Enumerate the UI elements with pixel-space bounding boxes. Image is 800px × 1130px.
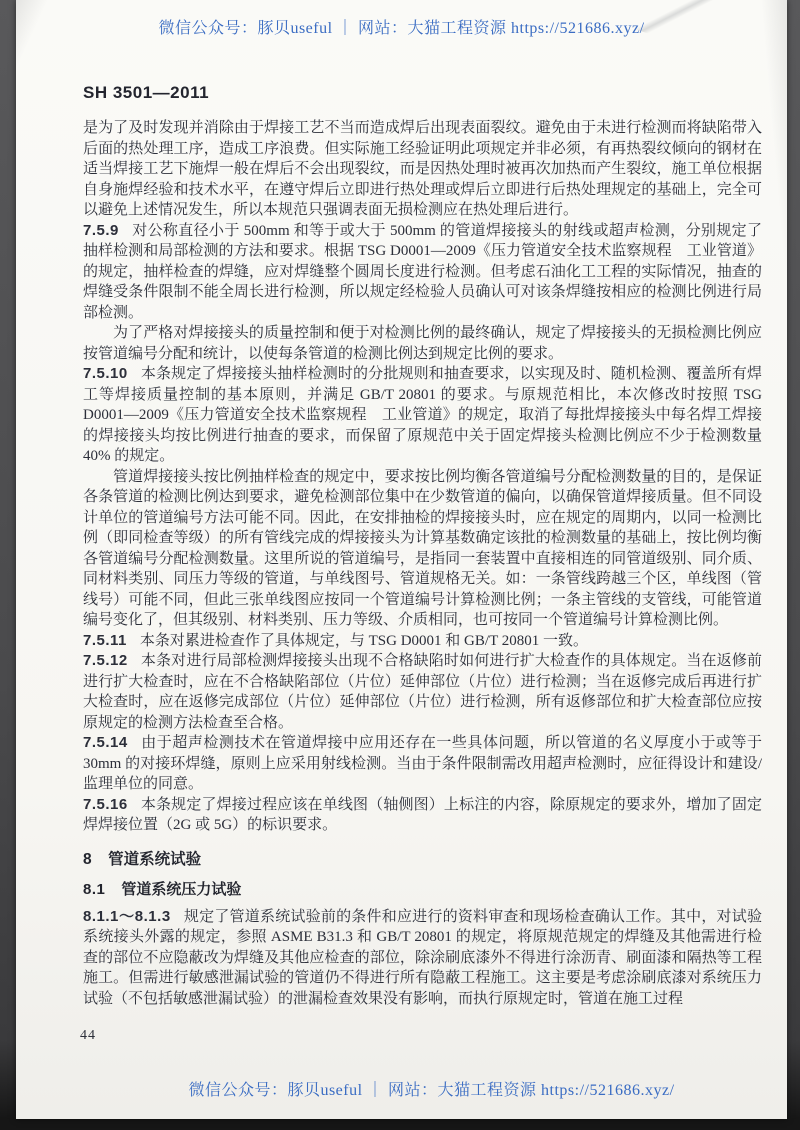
section-number: 8.1	[83, 881, 105, 898]
clause-7-5-16-paragraph: 7.5.16本条规定了焊接过程应该在单线图（轴侧图）上标注的内容，除原规定的要求…	[83, 795, 762, 836]
paper-page: 微信公众号：豚贝useful ｜ 网站：大猫工程资源 https://52168…	[16, 0, 787, 1119]
clause-number: 7.5.10	[83, 365, 128, 382]
clause-7-5-10-paragraph: 7.5.10本条规定了焊接接头抽样检测时的分批规则和抽查要求，以实现及时、随机检…	[83, 364, 762, 467]
clause-number: 7.5.16	[83, 796, 128, 813]
watermark-bottom: 微信公众号：豚贝useful ｜ 网站：大猫工程资源 https://52168…	[16, 1077, 787, 1100]
note-paragraph: 管道焊接接头按比例抽样检查的规定中，要求按比例均衡各管道编号分配检测数量的目的，…	[83, 467, 762, 631]
clause-7-5-11-paragraph: 7.5.11本条对累进检查作了具体规定，与 TSG D0001 和 GB/T 2…	[83, 631, 762, 652]
section-number: 8	[83, 851, 92, 868]
clause-8-1-1-paragraph: 8.1.1～8.1.3规定了管道系统试验前的条件和应进行的资料审查和现场检查确认…	[83, 907, 762, 1010]
clause-number: 7.5.9	[83, 222, 119, 239]
doc-code: SH 3501—2011	[83, 83, 209, 103]
clause-text: 本条规定了焊接接头抽样检测时的分批规则和抽查要求，以实现及时、随机检测、覆盖所有…	[83, 366, 762, 464]
clause-text: 由于超声检测技术在管道焊接中应用还存在一些具体问题，所以管道的名义厚度小于或等于…	[83, 735, 762, 792]
watermark-top: 微信公众号：豚贝useful ｜ 网站：大猫工程资源 https://52168…	[16, 15, 787, 38]
clause-7-5-9-paragraph: 7.5.9对公称直径小于 500mm 和等于或大于 500mm 的管道焊接接头的…	[83, 221, 762, 324]
clause-text: 规定了管道系统试验前的条件和应进行的资料审查和现场检查确认工作。其中，对试验系统…	[83, 909, 762, 1007]
page-number: 44	[80, 1028, 96, 1044]
section-title: 管道系统试验	[108, 851, 201, 868]
clause-text: 本条对累进检查作了具体规定，与 TSG D0001 和 GB/T 20801 一…	[140, 633, 588, 649]
section-8-1-heading: 8.1管道系统压力试验	[83, 880, 762, 901]
clause-number: 7.5.11	[83, 632, 127, 649]
section-8-heading: 8管道系统试验	[83, 850, 762, 871]
clause-7-5-12-paragraph: 7.5.12本条对进行局部检测焊接接头出现不合格缺陷时如何进行扩大检查作的具体规…	[83, 651, 762, 733]
clause-text: 本条规定了焊接过程应该在单线图（轴侧图）上标注的内容，除原规定的要求外，增加了固…	[83, 797, 762, 834]
clause-text: 对公称直径小于 500mm 和等于或大于 500mm 的管道焊接接头的射线或超声…	[83, 223, 762, 321]
clause-number: 8.1.1～8.1.3	[83, 908, 171, 925]
clause-text: 本条对进行局部检测焊接接头出现不合格缺陷时如何进行扩大检查作的具体规定。当在返修…	[83, 653, 762, 731]
clause-number: 7.5.14	[83, 734, 128, 751]
clause-number: 7.5.12	[83, 652, 128, 669]
scanned-document-page: { "colors": { "watermark_blue": "#3a6cc3…	[0, 0, 800, 1130]
note-paragraph: 为了严格对焊接接头的质量控制和便于对检测比例的最终确认，规定了焊接接头的无损检测…	[83, 323, 762, 364]
clause-7-5-14-paragraph: 7.5.14由于超声检测技术在管道焊接中应用还存在一些具体问题，所以管道的名义厚…	[83, 733, 762, 795]
section-title: 管道系统压力试验	[121, 881, 241, 898]
continuation-paragraph: 是为了及时发现并消除由于焊接工艺不当而造成焊后出现表面裂纹。避免由于未进行检测而…	[83, 118, 762, 221]
document-body: 是为了及时发现并消除由于焊接工艺不当而造成焊后出现表面裂纹。避免由于未进行检测而…	[83, 118, 762, 1009]
